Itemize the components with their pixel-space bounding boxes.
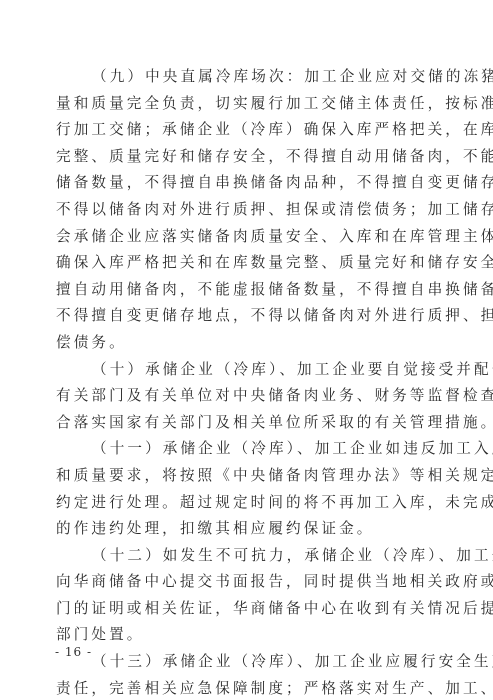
text-line: 门的证明或相关佐证，华商储备中心在收到有关情况后提报上级 [56, 596, 430, 623]
text-line: 不得擅自变更储存地点，不得以储备肉对外进行质押、担保或清 [56, 303, 430, 330]
text-line: 确保入库严格把关和在库数量完整、质量完好和储存安全，不得 [56, 250, 430, 277]
text-line: 部门处置。 [56, 622, 430, 649]
text-line: （十）承储企业（冷库）、加工企业要自觉接受并配合国家 [56, 357, 430, 384]
text-line: 合落实国家有关部门及相关单位所采取的有关管理措施。 [56, 410, 430, 437]
document-body: （九）中央直属冷库场次：加工企业应对交储的冻猪肉的数量和质量完全负责，切实履行加… [56, 64, 430, 700]
text-line: 约定进行处理。超过规定时间的将不再加工入库，未完成交储标 [56, 490, 430, 517]
text-line: （十二）如发生不可抗力，承储企业（冷库）、加工企业应 [56, 543, 430, 570]
text-line: （十一）承储企业（冷库）、加工企业如违反加工入库时间 [56, 436, 430, 463]
page-number: - 16 - [55, 645, 92, 659]
text-line: 和质量要求，将按照《中央储备肉管理办法》等相关规定和合同 [56, 463, 430, 490]
text-line: 向华商储备中心提交书面报告，同时提供当地相关政府或权威部 [56, 569, 430, 596]
text-line: 会承储企业应落实储备肉质量安全、入库和在库管理主体责任， [56, 224, 430, 251]
document-page: （九）中央直属冷库场次：加工企业应对交储的冻猪肉的数量和质量完全负责，切实履行加… [0, 0, 493, 700]
text-line: 储备数量，不得擅自串换储备肉品种，不得擅自变更储存地点， [56, 170, 430, 197]
text-line: 量和质量完全负责，切实履行加工交储主体责任，按标准要求进 [56, 91, 430, 118]
text-line: 的作违约处理，扣缴其相应履约保证金。 [56, 516, 430, 543]
text-line: 行加工交储；承储企业（冷库）确保入库严格把关，在库数量 [56, 117, 430, 144]
text-line: 不得以储备肉对外进行质押、担保或清偿债务；加工储存一体社 [56, 197, 430, 224]
text-line: 偿债务。 [56, 330, 430, 357]
text-line: 完整、质量完好和储存安全，不得擅自动用储备肉，不能虚报 [56, 144, 430, 171]
text-line: 有关部门及有关单位对中央储备肉业务、财务等监督检查，并配 [56, 383, 430, 410]
text-line: （十三）承储企业（冷库）、加工企业应履行安全生产主体 [56, 649, 430, 676]
text-line: 擅自动用储备肉，不能虚报储备数量，不得擅自串换储备肉品种， [56, 277, 430, 304]
text-line: 责任，完善相关应急保障制度；严格落实对生产、加工、存储等 [56, 676, 430, 700]
text-line: （九）中央直属冷库场次：加工企业应对交储的冻猪肉的数 [56, 64, 430, 91]
